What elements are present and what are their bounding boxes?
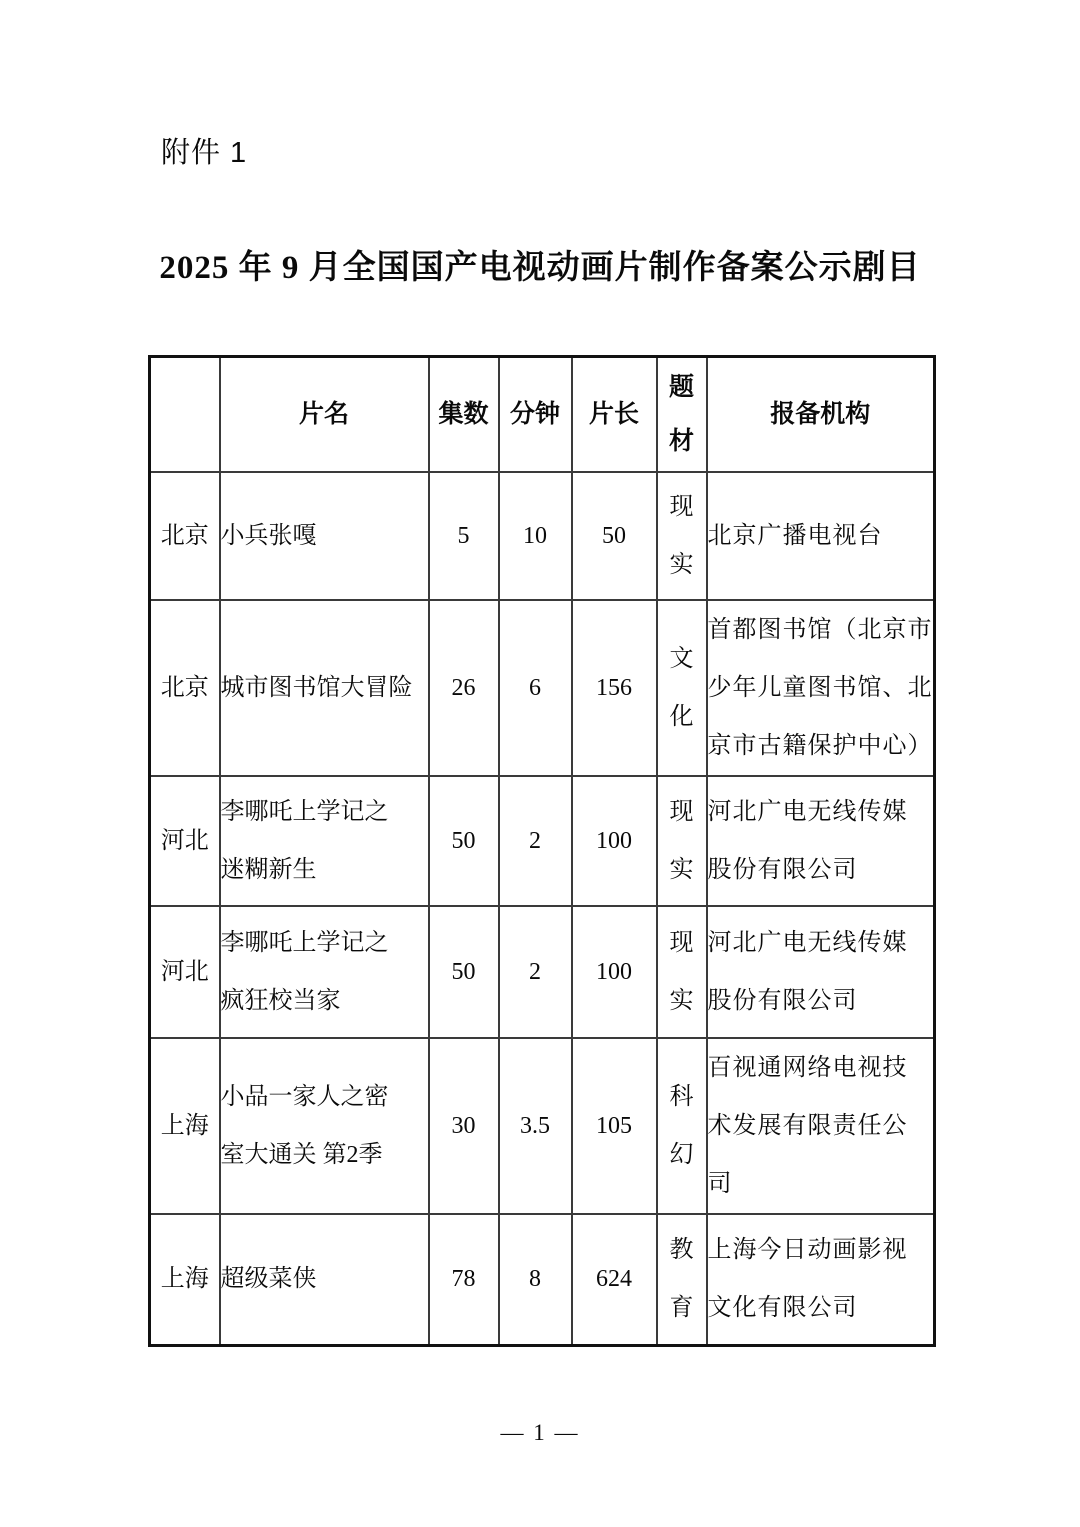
cell-episodes: 5 <box>429 472 499 600</box>
cell-length: 100 <box>572 906 657 1038</box>
table-row: 河北 李哪吒上学记之 迷糊新生 50 2 100 现 实 河北广电无线传媒 股份… <box>150 776 935 906</box>
cell-theme: 科 幻 <box>657 1038 707 1214</box>
cell-title: 城市图书馆大冒险 <box>220 600 429 776</box>
cell-region: 河北 <box>150 906 220 1038</box>
filing-table: 片名 集数 分钟 片长 题 材 报备机构 北京 小兵张嘎 5 10 50 现 实… <box>148 355 936 1347</box>
cell-theme: 文 化 <box>657 600 707 776</box>
header-cell-title: 片名 <box>220 357 429 472</box>
cell-title: 超级菜侠 <box>220 1214 429 1346</box>
table-row: 北京 城市图书馆大冒险 26 6 156 文 化 首都图书馆（北京市 少年儿童图… <box>150 600 935 776</box>
cell-length: 100 <box>572 776 657 906</box>
document-page: 附件 1 2025 年 9 月全国国产电视动画片制作备案公示剧目 片名 集数 分… <box>0 0 1080 1527</box>
cell-title: 小品一家人之密 室大通关 第2季 <box>220 1038 429 1214</box>
cell-length: 105 <box>572 1038 657 1214</box>
page-number: — 1 — <box>0 1420 1080 1446</box>
cell-agency: 上海今日动画影视 文化有限公司 <box>707 1214 935 1346</box>
cell-theme: 教 育 <box>657 1214 707 1346</box>
attachment-label: 附件 1 <box>161 136 247 170</box>
cell-theme: 现 实 <box>657 776 707 906</box>
cell-agency: 北京广播电视台 <box>707 472 935 600</box>
header-cell-episodes: 集数 <box>429 357 499 472</box>
cell-agency: 百视通网络电视技 术发展有限责任公 司 <box>707 1038 935 1214</box>
cell-minutes: 6 <box>499 600 572 776</box>
cell-episodes: 30 <box>429 1038 499 1214</box>
cell-episodes: 50 <box>429 776 499 906</box>
cell-title: 李哪吒上学记之 疯狂校当家 <box>220 906 429 1038</box>
table-row: 河北 李哪吒上学记之 疯狂校当家 50 2 100 现 实 河北广电无线传媒 股… <box>150 906 935 1038</box>
cell-region: 北京 <box>150 600 220 776</box>
header-cell-minutes: 分钟 <box>499 357 572 472</box>
cell-region: 河北 <box>150 776 220 906</box>
cell-title: 李哪吒上学记之 迷糊新生 <box>220 776 429 906</box>
cell-region: 上海 <box>150 1038 220 1214</box>
cell-minutes: 8 <box>499 1214 572 1346</box>
cell-episodes: 50 <box>429 906 499 1038</box>
cell-theme: 现 实 <box>657 906 707 1038</box>
cell-minutes: 3.5 <box>499 1038 572 1214</box>
cell-minutes: 10 <box>499 472 572 600</box>
cell-agency: 首都图书馆（北京市 少年儿童图书馆、北 京市古籍保护中心） <box>707 600 935 776</box>
cell-episodes: 78 <box>429 1214 499 1346</box>
table-row: 上海 超级菜侠 78 8 624 教 育 上海今日动画影视 文化有限公司 <box>150 1214 935 1346</box>
header-cell-region <box>150 357 220 472</box>
cell-region: 上海 <box>150 1214 220 1346</box>
table-row: 上海 小品一家人之密 室大通关 第2季 30 3.5 105 科 幻 百视通网络… <box>150 1038 935 1214</box>
header-cell-agency: 报备机构 <box>707 357 935 472</box>
cell-minutes: 2 <box>499 776 572 906</box>
header-cell-length: 片长 <box>572 357 657 472</box>
cell-region: 北京 <box>150 472 220 600</box>
cell-theme: 现 实 <box>657 472 707 600</box>
header-cell-theme: 题 材 <box>657 357 707 472</box>
cell-length: 50 <box>572 472 657 600</box>
cell-title: 小兵张嘎 <box>220 472 429 600</box>
table-header-row: 片名 集数 分钟 片长 题 材 报备机构 <box>150 357 935 472</box>
cell-length: 624 <box>572 1214 657 1346</box>
cell-episodes: 26 <box>429 600 499 776</box>
cell-agency: 河北广电无线传媒 股份有限公司 <box>707 776 935 906</box>
document-title: 2025 年 9 月全国国产电视动画片制作备案公示剧目 <box>0 247 1080 289</box>
cell-minutes: 2 <box>499 906 572 1038</box>
cell-agency: 河北广电无线传媒 股份有限公司 <box>707 906 935 1038</box>
cell-length: 156 <box>572 600 657 776</box>
table-row: 北京 小兵张嘎 5 10 50 现 实 北京广播电视台 <box>150 472 935 600</box>
